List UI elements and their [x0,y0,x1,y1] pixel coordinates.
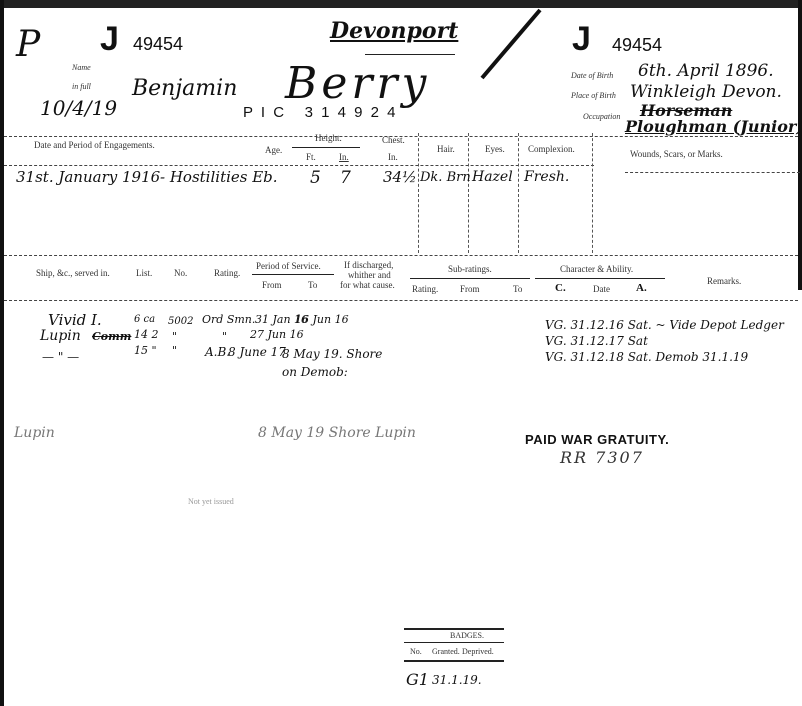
badges-row-no: G1 [406,670,429,689]
complexion-value: Fresh. [524,169,569,185]
header-complexion: Complexion. [528,144,575,154]
scan-left-edge [0,0,14,706]
row2-from: 27 Jun 16 [250,328,304,341]
scan-top-edge [0,0,802,8]
header-eyes: Eyes. [485,144,505,154]
badges-col-no: No. [410,647,422,656]
date-of-birth-label: Date of Birth [571,71,613,80]
height-rule [292,147,360,148]
row2-remarks: VG. 31.12.17 Sat [545,334,648,348]
row2-no: " [172,330,177,343]
height-ft-value: 5 [310,168,321,188]
header-discharged-2: whither and [348,270,391,280]
header-discharged-1: If discharged, [344,260,393,270]
service-header-rule [4,300,798,301]
engagement-header-rule [4,165,594,166]
eyes-value: Hazel [472,169,513,185]
row2-ship-struck: Comm [92,330,131,343]
header-rating: Rating. [214,268,240,278]
pic-number: P I C 3 1 4 9 2 4 [243,104,397,121]
row1-no: 5002 [168,316,193,327]
header-character-ability: Character & Ability. [560,264,633,274]
row2-rating: " [222,330,227,343]
row3-list: 15 " [134,344,157,357]
header-remarks: Remarks. [707,276,741,286]
row3-from: 8 June 17 [228,345,286,359]
badges-top-rule [404,628,504,630]
col-divider-complexion [592,133,593,253]
header-discharged-3: for what cause. [340,280,395,290]
official-number-left: 49454 [133,34,183,55]
hair-value: Dk. Brn [420,170,471,185]
war-gratuity-ref: RR 7307 [560,448,644,467]
engagement-period: - Hostilities Eb. [160,168,278,186]
row2-list: 14 2 [134,328,159,341]
header-age: Age. [265,145,282,155]
header-sub-rating: Rating. [412,284,438,294]
faint-note-mid: 8 May 19 Shore Lupin [258,425,416,441]
date-note: 10/4/19 [40,96,117,120]
header-no: No. [174,268,187,278]
place-of-birth-label: Place of Birth [571,91,616,100]
header-period-of-service: Period of Service. [256,261,321,271]
header-sub-ratings: Sub-ratings. [448,264,492,274]
row3-to: 8 May 19. Shore on Demob: [282,345,392,381]
scan-right-edge [798,0,802,290]
engagement-date: 31st. January 1916 [16,168,160,186]
service-record-card: P J 49454 Devonport J 49454 Name in full… [0,0,802,706]
header-chest: Chest. [382,135,405,145]
wounds-rule [625,172,800,173]
official-number-prefix-left: J [100,22,119,56]
official-number-prefix-right: J [572,22,591,56]
header-c: C. [555,282,566,294]
badges-header-rule [404,660,504,662]
header-sub-to: To [513,284,522,294]
row3-ship: — " — [42,350,79,364]
given-name: Benjamin [132,76,237,101]
row3-rating: A.B. [205,345,230,359]
header-chest-in: In. [388,152,398,162]
row2-ship: Lupin [40,328,81,344]
corner-mark: P [16,24,40,65]
header-list: List. [136,268,152,278]
header-height: Height. [315,133,342,143]
engagement-bottom-rule [4,255,798,256]
official-number-right: 49454 [612,35,662,56]
faint-stamp: Not yet issued [188,497,234,506]
badges-row-granted: 31.1.19. [432,673,482,687]
row3-no: " [172,344,177,357]
col-divider-eyes [518,133,519,253]
place-of-birth: Winkleigh Devon. [630,82,782,102]
row3-remarks: VG. 31.12.18 Sat. Demob 31.1.19 [545,350,748,364]
chest-value: 34½ [383,168,417,186]
date-of-birth: 6th. April 1896. [638,61,774,81]
header-from: From [262,280,282,290]
port-underline [365,54,455,55]
header-height-in: In. [339,152,349,162]
col-divider-hair [468,133,469,253]
header-date: Date [593,284,610,294]
header-to: To [308,280,317,290]
header-hair: Hair. [437,144,455,154]
occupation: Ploughman (Junior) [625,117,802,136]
row1-list: 6 ca [134,314,155,325]
in-full-label: in full [72,82,91,91]
badges-mid-rule [404,642,504,643]
header-a: A. [636,282,647,294]
name-label: Name [72,63,91,72]
row1-ship: Vivid I. [48,311,102,329]
height-in-value: 7 [340,168,351,188]
badges-col-granted: Granted. [432,647,460,656]
header-ship: Ship, &c., served in. [36,268,110,278]
war-gratuity-stamp: PAID WAR GRATUITY. [525,432,669,447]
header-sub-from: From [460,284,480,294]
sub-ratings-rule [410,278,530,279]
surname: Berry [285,58,430,109]
row1-to: 16 Jun 16 [295,313,349,326]
row1-rating: Ord Smn. [202,313,255,326]
port-division: Devonport [330,18,458,44]
diagonal-pen-stroke [470,6,550,86]
row1-remarks: VG. 31.12.16 Sat. ~ Vide Depot Ledger [545,318,784,332]
period-rule [252,274,334,275]
faint-note-left: Lupin [14,425,55,441]
badges-title: BADGES. [450,631,484,640]
header-wounds: Wounds, Scars, or Marks. [630,149,723,159]
header-height-ft: Ft. [306,152,316,162]
header-date-period: Date and Period of Engagements. [34,140,155,150]
badges-col-deprived: Deprived. [462,647,494,656]
col-divider-chest [418,133,419,253]
character-rule [535,278,665,279]
occupation-label: Occupation [583,112,620,121]
